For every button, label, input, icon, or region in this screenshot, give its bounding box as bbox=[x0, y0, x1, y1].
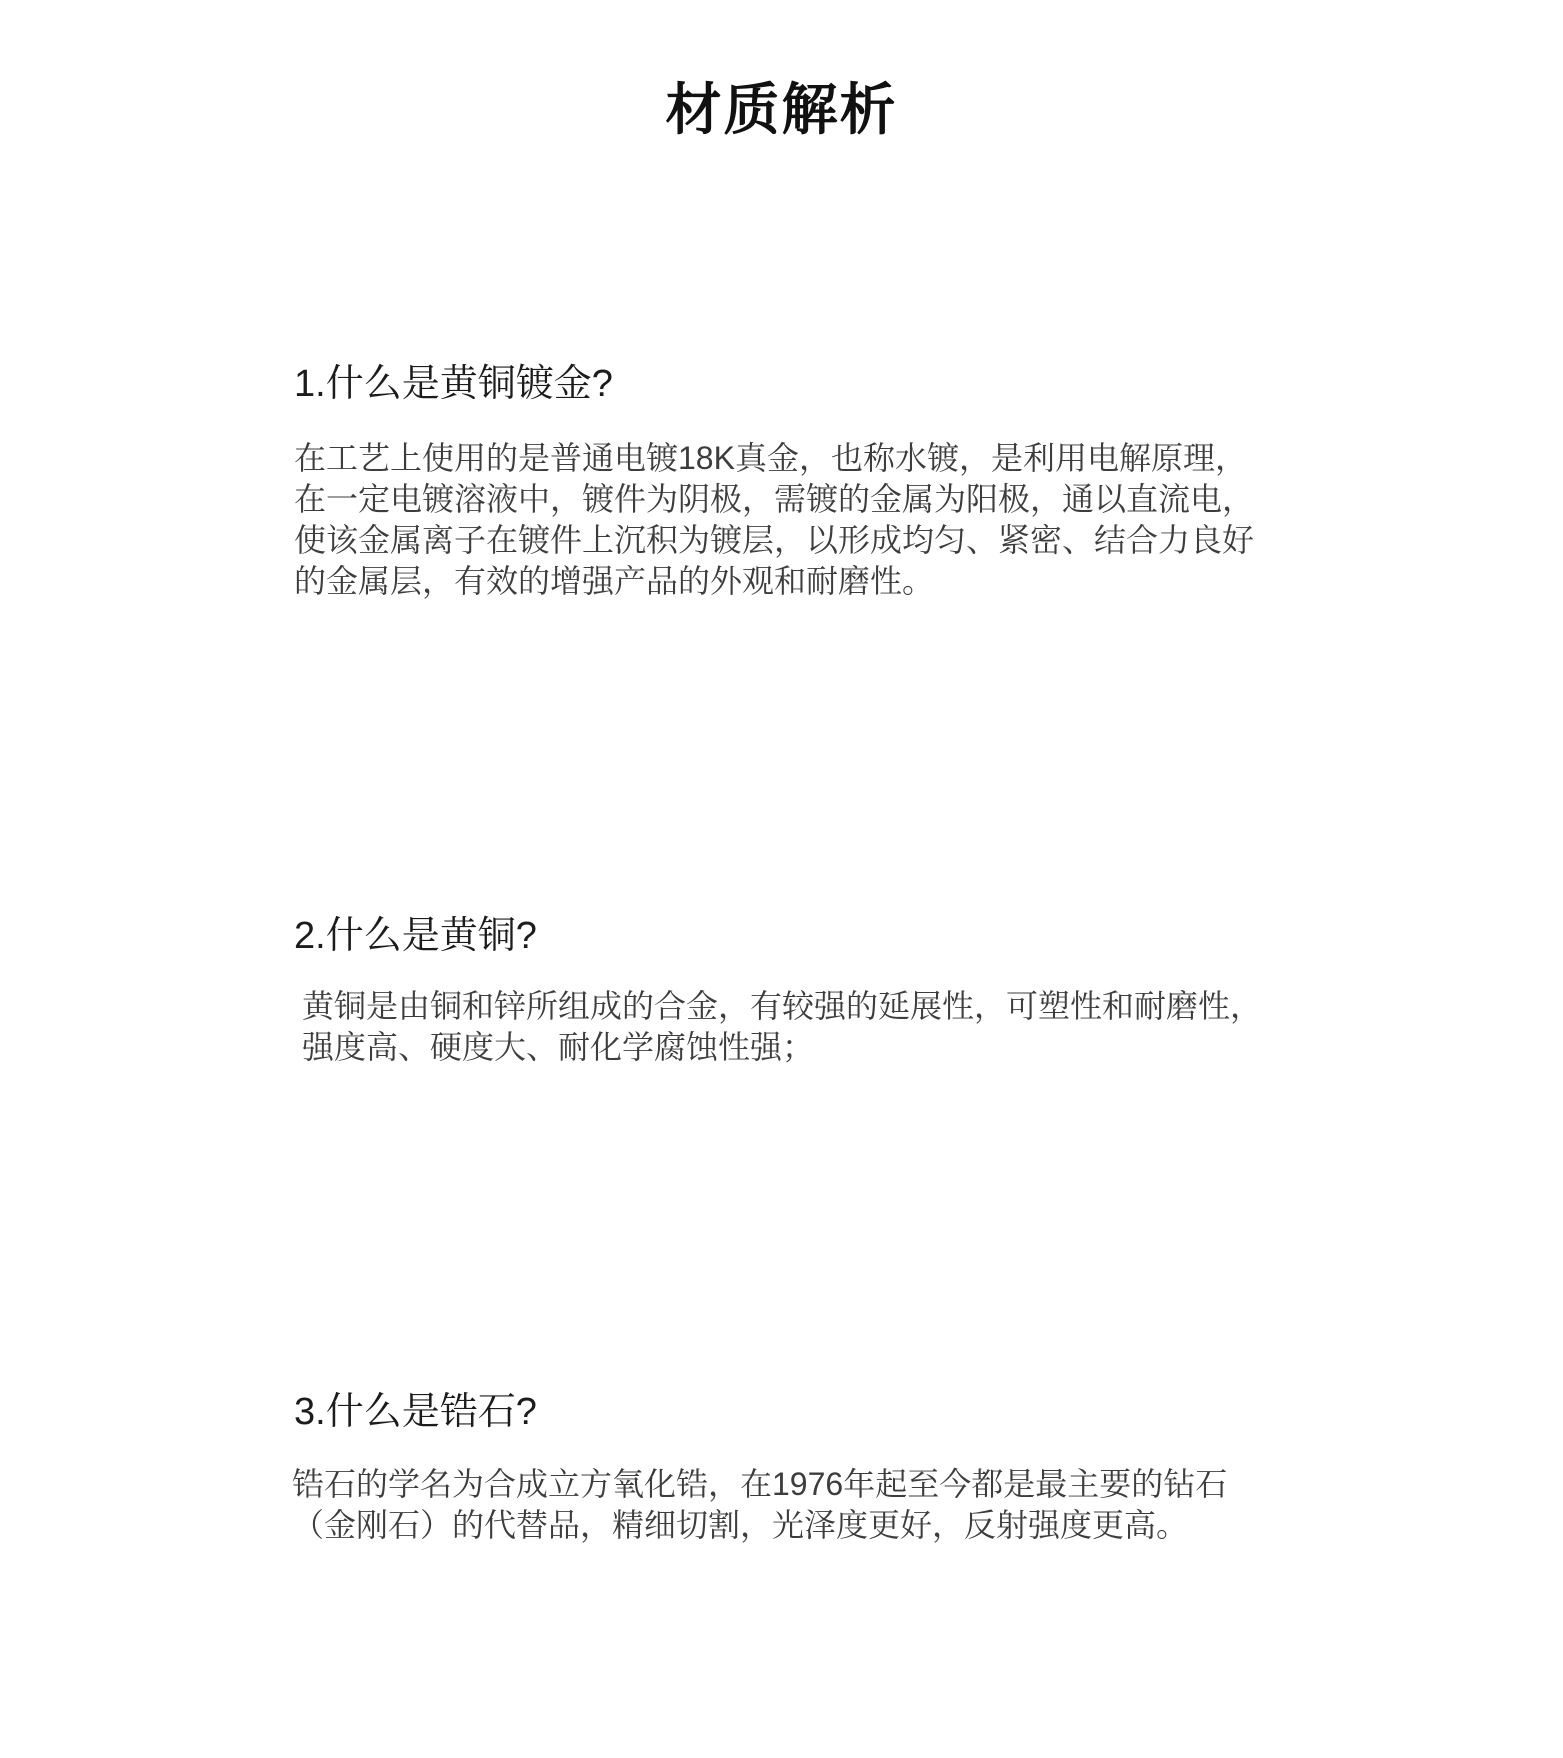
section-brass: 2.什么是黄铜? bbox=[294, 914, 1274, 960]
section-gold-plated-brass: 1.什么是黄铜镀金? bbox=[294, 362, 1274, 408]
section-body-brass: 黄铜是由铜和锌所组成的合金，有较强的延展性，可塑性和耐磨性，强度高、硬度大、耐化… bbox=[302, 986, 1267, 1068]
section-body-zircon: 锆石的学名为合成立方氧化锆，在1976年起至今都是最主要的钻石（金刚石）的代替品… bbox=[292, 1464, 1257, 1546]
page-title: 材质解析 bbox=[0, 78, 1563, 142]
material-analysis-page: 材质解析 1.什么是黄铜镀金? 在工艺上使用的是普通电镀18K真金，也称水镀，是… bbox=[0, 0, 1563, 1758]
section-heading-gold-plated-brass: 1.什么是黄铜镀金? bbox=[294, 362, 1274, 408]
section-body-gold-plated-brass: 在工艺上使用的是普通电镀18K真金，也称水镀，是利用电解原理，在一定电镀溶液中，… bbox=[294, 438, 1259, 602]
section-zircon: 3.什么是锆石? bbox=[294, 1390, 1274, 1436]
section-heading-zircon: 3.什么是锆石? bbox=[294, 1390, 1274, 1436]
section-heading-brass: 2.什么是黄铜? bbox=[294, 914, 1274, 960]
